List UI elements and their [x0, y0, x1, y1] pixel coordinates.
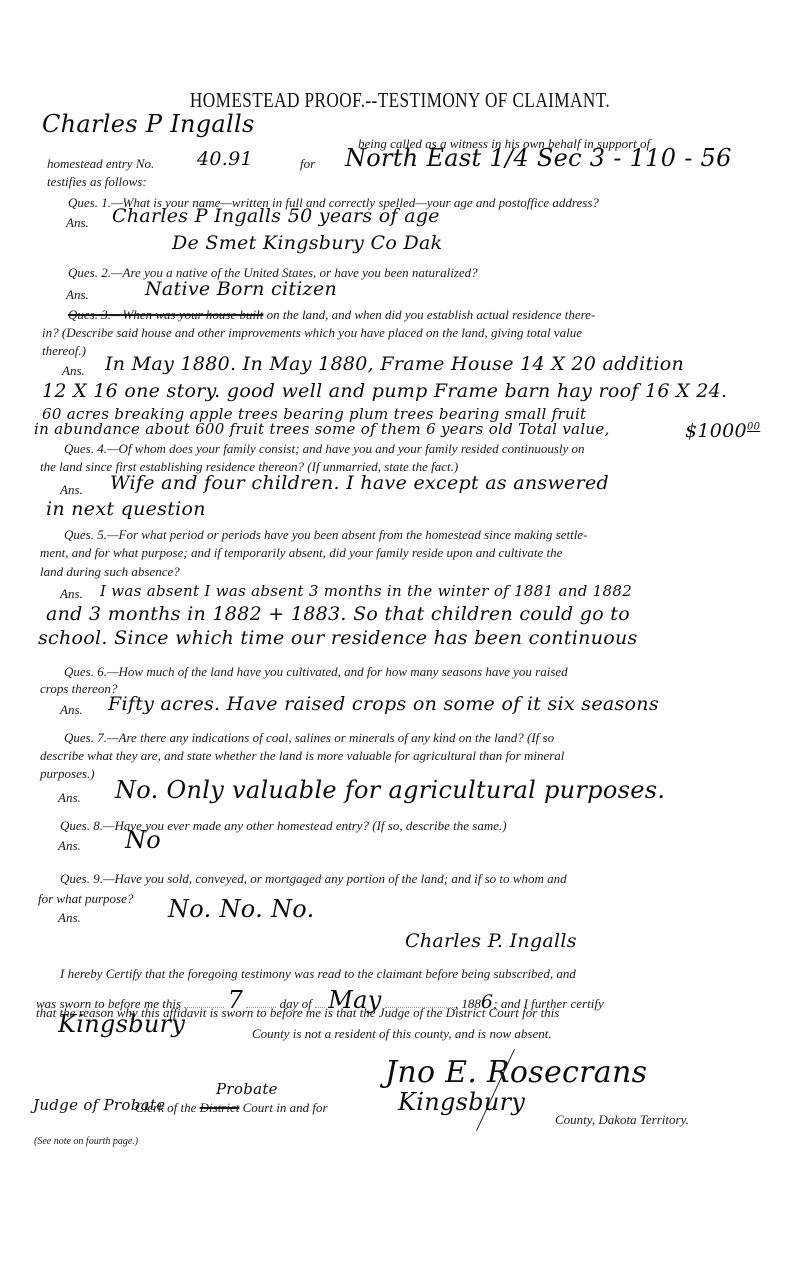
- question-text-cont: crops thereon?: [40, 681, 117, 697]
- question-label: Ques. 4.: [64, 441, 107, 456]
- certification-line-1: I hereby Certify that the foregoing test…: [60, 966, 576, 982]
- answer-label: Ans.: [66, 215, 89, 231]
- entry-number: 40.91: [197, 148, 253, 170]
- answer-line: Wife and four children. I have except as…: [110, 472, 609, 494]
- question-text-cont: for what purpose?: [38, 891, 133, 907]
- question-text: on the land, and when did you establish …: [263, 307, 595, 322]
- inserted-word: Probate: [216, 1080, 278, 1098]
- question-label-struck: Ques. 3.: [68, 307, 111, 322]
- answer-label: Ans.: [60, 482, 83, 498]
- certification-line-4: County is not a resident of this county,…: [252, 1026, 552, 1042]
- land-description: North East 1/4 Sec 3 - 110 - 56: [345, 144, 732, 172]
- question-label: Ques. 5.: [64, 527, 107, 542]
- answer-line: No. Only valuable for agricultural purpo…: [115, 776, 665, 804]
- official-signature: Jno E. Rosecrans: [385, 1055, 647, 1090]
- answer-line: No. No. No.: [168, 895, 315, 923]
- question-text: —For what period or periods have you bee…: [107, 527, 587, 542]
- court-text: Court in and for: [243, 1100, 328, 1115]
- answer-line: Fifty acres. Have raised crops on some o…: [108, 693, 659, 715]
- clerk-text: Clerk of the: [135, 1100, 196, 1115]
- answer-line: Charles P Ingalls 50 years of age: [112, 205, 440, 227]
- question-text: —Of whom does your family consist; and h…: [107, 441, 585, 456]
- answer-line: in abundance about 600 fruit trees some …: [34, 420, 610, 438]
- claimant-name: Charles P Ingalls: [42, 110, 255, 138]
- answer-line: and 3 months in 1882 + 1883. So that chi…: [46, 603, 630, 625]
- answer-line: school. Since which time our residence h…: [38, 627, 638, 649]
- answer-line: De Smet Kingsbury Co Dak: [172, 232, 442, 254]
- certification-county: Kingsbury: [58, 1010, 185, 1038]
- question-text-cont2: thereof.): [42, 343, 86, 359]
- answer-label: Ans.: [58, 838, 81, 854]
- question-text-cont: in? (Describe said house and other impro…: [42, 325, 582, 341]
- question-label: Ques. 8.: [60, 818, 103, 833]
- question-label: Ques. 1.: [68, 195, 111, 210]
- testifies-label: testifies as follows:: [47, 174, 147, 190]
- question-text-cont: describe what they are, and state whethe…: [40, 748, 564, 764]
- territory-text: County, Dakota Territory.: [555, 1112, 689, 1128]
- question-text: —Have you sold, conveyed, or mortgaged a…: [103, 871, 567, 886]
- answer-label: Ans.: [62, 363, 85, 379]
- answer-label: Ans.: [66, 287, 89, 303]
- answer-line: 12 X 16 one story. good well and pump Fr…: [42, 380, 727, 402]
- question-text: —Have you ever made any other homestead …: [103, 818, 507, 833]
- question-text: —How much of the land have you cultivate…: [107, 664, 568, 679]
- question-label: Ques. 2.: [68, 265, 111, 280]
- question-text: —Are there any indications of coal, sali…: [107, 730, 554, 745]
- question-label: Ques. 7.: [64, 730, 107, 745]
- answer-label: Ans.: [60, 586, 83, 602]
- answer-label: Ans.: [60, 702, 83, 718]
- answer-line: I was absent I was absent 3 months in th…: [100, 582, 632, 600]
- entry-label: homestead entry No.: [47, 156, 154, 172]
- question-text-cont2: purposes.): [40, 766, 95, 782]
- struck-word: District: [200, 1100, 240, 1115]
- answer-line: In May 1880. In May 1880, Frame House 14…: [105, 353, 684, 375]
- claimant-signature: Charles P. Ingalls: [405, 930, 577, 952]
- question-label: Ques. 6.: [64, 664, 107, 679]
- total-value: $100000: [685, 420, 760, 442]
- question-text-cont2: land during such absence?: [40, 564, 180, 580]
- answer-line: in next question: [46, 498, 206, 520]
- footnote: (See note on fourth page.): [34, 1136, 138, 1147]
- question-text-cont: ment, and for what purpose; and if tempo…: [40, 545, 562, 561]
- question-label: Ques. 9.: [60, 871, 103, 886]
- answer-line: No: [125, 826, 161, 854]
- answer-label: Ans.: [58, 910, 81, 926]
- answer-line: Native Born citizen: [145, 278, 337, 300]
- clerk-county: Kingsbury: [398, 1088, 525, 1116]
- answer-label: Ans.: [58, 790, 81, 806]
- for-label: for: [300, 156, 315, 172]
- question-text-struck: —When was your house built: [111, 307, 263, 322]
